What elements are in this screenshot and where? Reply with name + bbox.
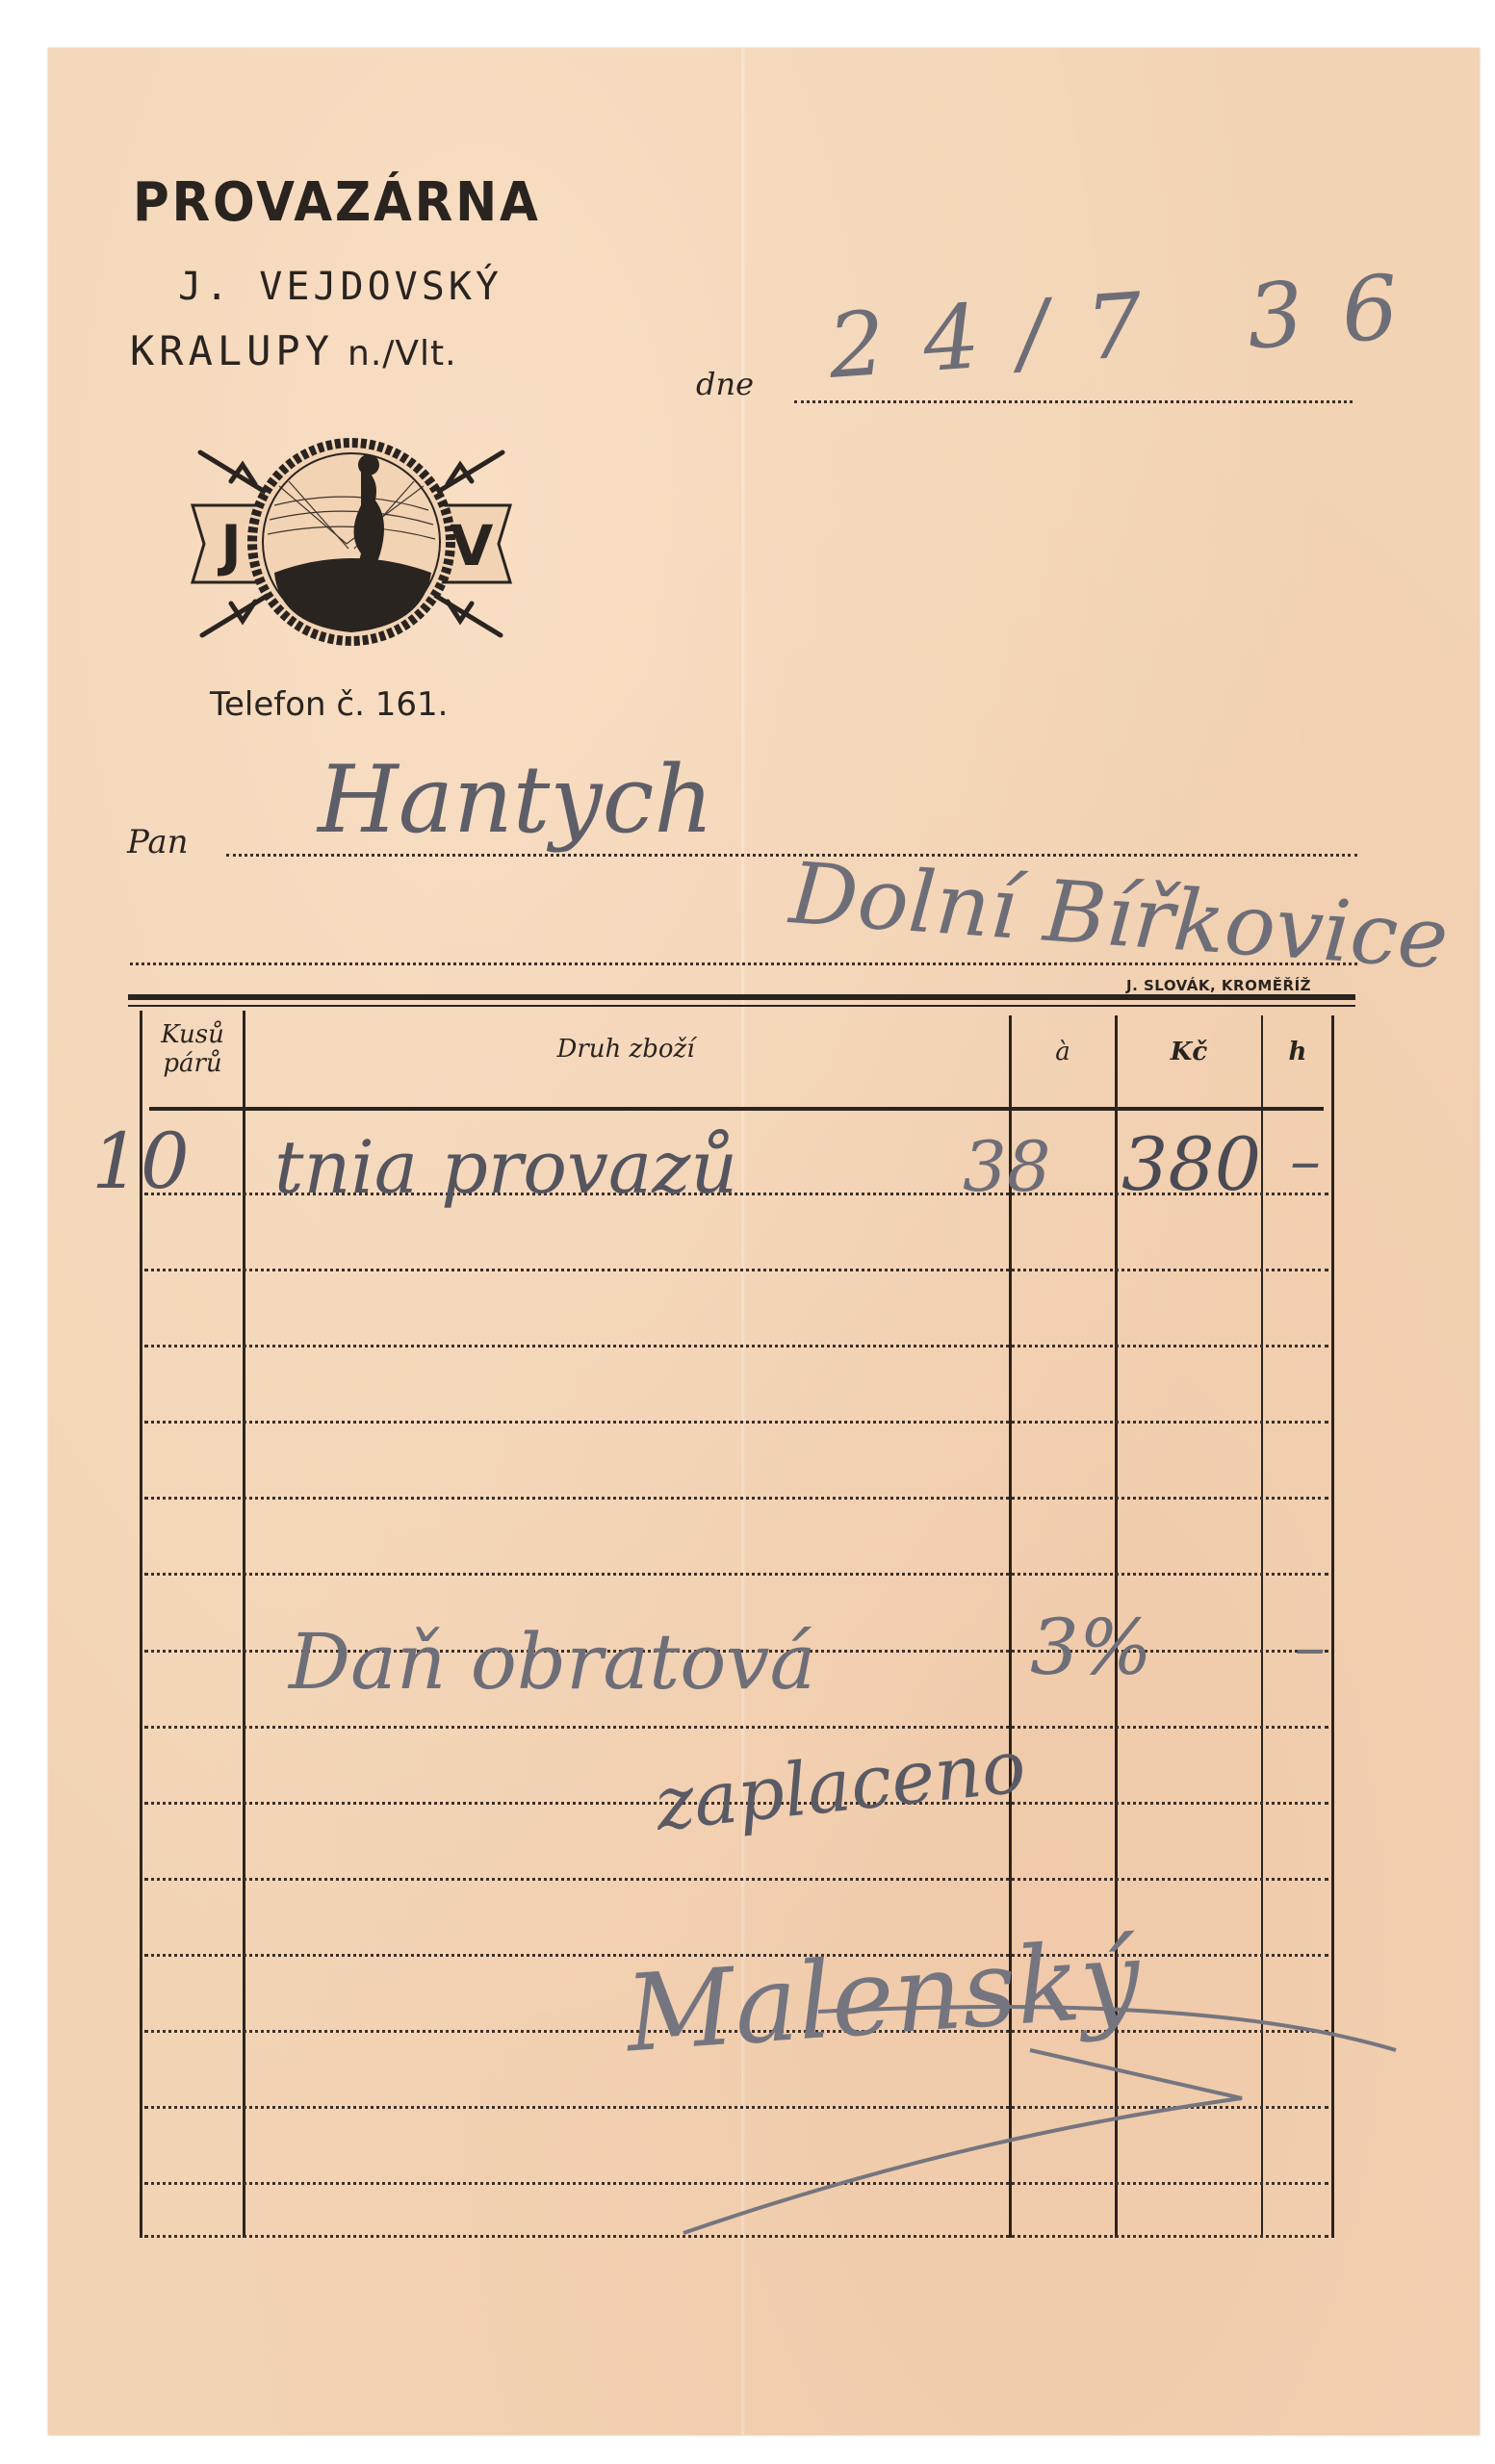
header-kc: Kč	[1119, 1038, 1259, 1066]
table-header-rule	[149, 1107, 1324, 1111]
row-h: –	[1290, 1126, 1321, 1197]
date-line	[794, 400, 1353, 403]
header-unit-price: à	[1013, 1038, 1113, 1066]
date-label: dne	[696, 366, 754, 402]
company-owner: J. VEJDOVSKÝ	[178, 265, 503, 309]
tax-note-h: –	[1295, 1612, 1326, 1683]
logo-letter-j: J	[217, 513, 242, 578]
recipient-label: Pan	[127, 823, 189, 861]
table-top-rule-thin	[128, 1005, 1355, 1007]
row-item: tnia provazů	[274, 1124, 737, 1210]
logo-letter-v: V	[451, 513, 494, 578]
row-unit-price: 38	[963, 1126, 1051, 1207]
company-title: PROVAZÁRNA	[133, 171, 541, 234]
company-city: KRALUPYn./Vlt.	[130, 327, 457, 374]
company-phone: Telefon č. 161.	[210, 685, 448, 724]
city-suffix: n./Vlt.	[348, 334, 457, 373]
tax-note-amount: 3%	[1030, 1603, 1152, 1692]
header-item: Druh zboží	[245, 1035, 1006, 1064]
signature-flourish	[626, 1973, 1444, 2262]
header-qty: Kusů párů	[144, 1020, 241, 1078]
rope-maker-emblem-icon: J V	[183, 428, 520, 650]
row-kc: 380	[1121, 1121, 1261, 1207]
tax-note-text: Daň obratová	[289, 1617, 815, 1707]
table-top-rule	[128, 994, 1355, 1000]
city-name: KRALUPY	[130, 327, 334, 374]
recipient-name: Hantych	[318, 746, 713, 854]
row-qty: 10	[91, 1116, 190, 1206]
printer-credit: J. SLOVÁK, KROMĚŘÍŽ	[1126, 977, 1311, 994]
header-h: h	[1264, 1038, 1331, 1066]
